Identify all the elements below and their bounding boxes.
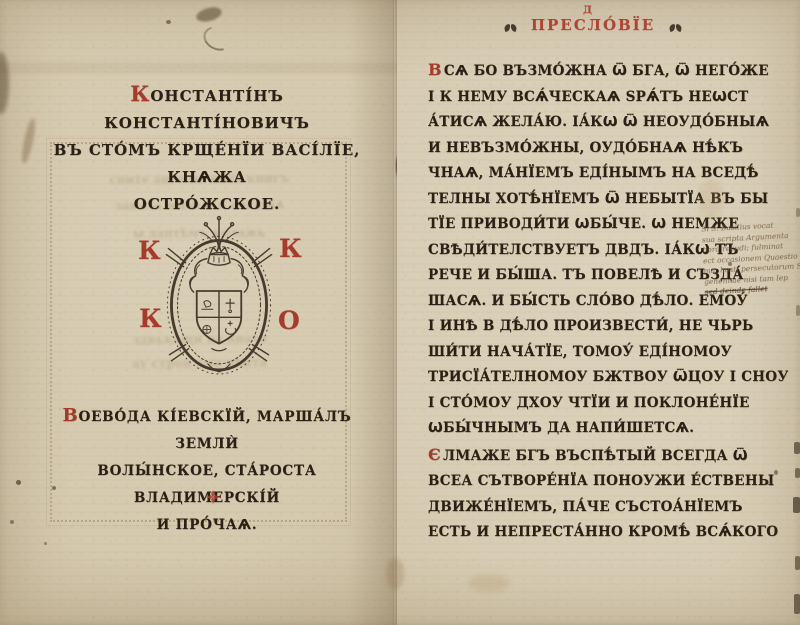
page-edge-mark [794, 594, 800, 614]
red-initial: В [63, 405, 79, 426]
printer-flower-icon [502, 19, 519, 31]
line-text: въ сто́мъ крще́нїи Васі́лїе, кнѧжа [54, 141, 361, 186]
red-initial: Є [428, 445, 441, 464]
page-edge-mark [793, 497, 800, 513]
manuscript-line: ши́ти нача́тїе, томоу́ еді́номоу [428, 340, 724, 366]
line-text: всеа сътворе́нїа поноужи е́ствены [428, 473, 774, 489]
printer-flower-icon [667, 19, 684, 31]
page-edge-mark [794, 442, 800, 454]
manuscript-line: рече и бы́ша. тъ повелѣ и създа́ [428, 263, 724, 289]
subtitle-line: Воево́да Кі́евскїй, марша́лъ землѝ [28, 402, 386, 458]
line-text: ѡбы́чнымъ да напи́шетсѧ. [428, 420, 694, 436]
line-text: движе́нїемъ, па́че състоа́нїемъ [428, 499, 743, 515]
line-text: и невъзмо́жны, оудо́бнаѧ нѣ́къ [428, 140, 743, 156]
manuscript-line: есть и непреста́нно кромѣ́ всѧ́кого [428, 520, 724, 546]
page-edge-mark [795, 468, 800, 478]
line-text: і сто́моу Дхоу чтїи и поклоне́нїе [428, 395, 750, 411]
title-line: Константі́нъ Константі́новичъ [28, 80, 386, 137]
coat-of-arms-icon [158, 206, 280, 376]
line-text: есть и непреста́нно кромѣ́ всѧ́кого [428, 524, 778, 540]
book-scan: сните ангелѡ жнїн книгъзавала мнѡгаго ва… [0, 0, 800, 625]
line-text: шасѧ. и бы́сть сло́во дѣ́ло. емоу́ [428, 293, 748, 309]
paper-band [0, 58, 397, 78]
manuscript-line: і инѣ в дѣ́ло произвести́, не чьрь [428, 314, 724, 340]
manuscript-line: і к нему всѧ́ческаѧ ѕрѧ́тъ неѡст [428, 85, 724, 111]
line-text: лмаже Бгъ въспѣ́тый всегда ѿ [443, 448, 748, 464]
fold-shadow-left [348, 0, 394, 625]
manuscript-line: Всѧ бо възмо́жна ѿ Бга, ѿ него́же [428, 57, 724, 85]
page-edge-mark [795, 556, 800, 570]
red-initial: К [130, 81, 150, 106]
line-text: и про́чаѧ. [157, 517, 258, 533]
manuscript-line: движе́нїемъ, па́че състоа́нїемъ [428, 495, 724, 521]
line-text: і инѣ в дѣ́ло произвести́, не чьрь [428, 318, 753, 334]
owner-subtitle: Воево́да Кі́евскїй, марша́лъ землѝволы́н… [28, 402, 386, 539]
handwritten-margin-note: Si S. Basilius vocatsua scripta Argument… [701, 220, 800, 298]
manuscript-line: и невъзмо́жны, оудо́бнаѧ нѣ́къ [428, 136, 724, 162]
page-edge-mark [796, 305, 800, 316]
line-text: тїе приводи́ти ѡбы́че. ѡ немже [428, 216, 739, 232]
manuscript-line: ѡбы́чнымъ да напи́шетсѧ. [428, 416, 724, 442]
manuscript-line: тїе приводи́ти ѡбы́че. ѡ немже [428, 212, 724, 238]
preface-text: Всѧ бо възмо́жна ѿ Бга, ѿ него́жеі к нем… [428, 57, 724, 546]
line-text: і к нему всѧ́ческаѧ ѕрѧ́тъ неѡст [428, 89, 748, 105]
red-initial: В [428, 60, 442, 79]
chapter-title-superscript: д [583, 5, 592, 16]
manuscript-line: а́тисѧ жела́ю. іа́кѡ ѿ неоудо́бныѧ [428, 110, 724, 136]
line-text: трисїа́телномоу Бжтвоу Ѿцоу і Сноу [428, 369, 789, 385]
chapter-title-text: пресло́вїе [531, 16, 655, 34]
owner-title: Константі́нъ Константі́новичъвъ сто́мъ к… [28, 80, 386, 218]
page-header: пресло́вїе д [468, 16, 718, 34]
line-text: а́тисѧ жела́ю. іа́кѡ ѿ неоудо́бныѧ [428, 114, 769, 130]
title-line: въ сто́мъ крще́нїи Васі́лїе, кнѧжа [28, 137, 386, 191]
line-text: телны хотѣ́нїемъ ѿ небытїа въ бы [428, 191, 768, 207]
page-edge-mark [796, 208, 800, 217]
manuscript-line: телны хотѣ́нїемъ ѿ небытїа въ бы [428, 187, 724, 213]
manuscript-line: чнаѧ, ма́нїемъ еді́нымъ на вседѣ́ [428, 161, 724, 187]
manuscript-line: шасѧ. и бы́сть сло́во дѣ́ло. емоу́ [428, 289, 724, 315]
line-text: свѣди́телствуетъ Двдъ. іа́кѡ тъ [428, 242, 739, 258]
manuscript-line: і сто́моу Дхоу чтїи и поклоне́нїе [428, 391, 724, 417]
emblem-letter-bottom-right: О [278, 306, 300, 335]
line-text: ши́ти нача́тїе, томоу́ еді́номоу [428, 344, 732, 360]
emblem-letter-bottom-left: К [139, 304, 162, 333]
manuscript-line: всеа сътворе́нїа поноужи е́ствены [428, 469, 724, 495]
chapter-title: пресло́вїе д [531, 16, 655, 34]
line-text: оево́да Кі́евскїй, марша́лъ землѝ [79, 409, 352, 452]
ostrogski-coat-of-arms [158, 206, 280, 376]
manuscript-line: трисїа́телномоу Бжтвоу Ѿцоу і Сноу [428, 365, 724, 391]
emblem-letter-top-left: К [138, 236, 161, 265]
line-text: сѧ бо възмо́жна ѿ Бга, ѿ него́же [444, 63, 769, 79]
manuscript-line: Єлмаже Бгъ въспѣ́тый всегда ѿ [428, 442, 724, 470]
line-text: чнаѧ, ма́нїемъ еді́нымъ на вседѣ́ [428, 165, 759, 181]
line-text: рече и бы́ша. тъ повелѣ и създа́ [428, 267, 744, 283]
emblem-letter-top-right: К [279, 234, 302, 263]
subtitle-line: и про́чаѧ. [28, 512, 386, 539]
red-quatrefoil-icon [206, 489, 220, 503]
manuscript-line: свѣди́телствуетъ Двдъ. іа́кѡ тъ [428, 238, 724, 264]
